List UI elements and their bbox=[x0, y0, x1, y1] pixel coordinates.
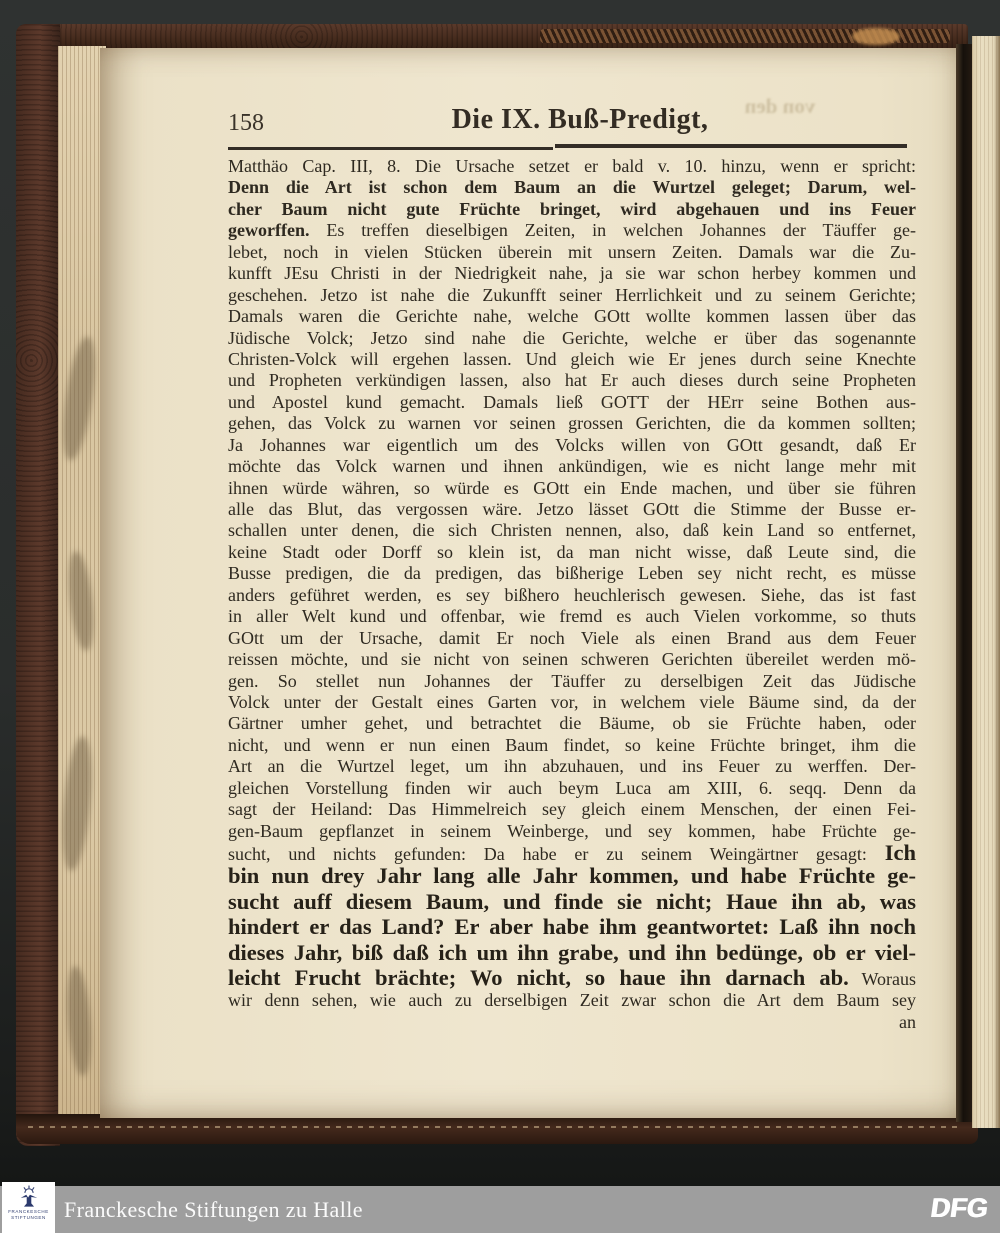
text-line: gen. So stellet nun Johannes der Täuffer… bbox=[228, 671, 916, 692]
text-line: und Propheten verkündigen lassen, also h… bbox=[228, 370, 916, 391]
text-line: Denn die Art ist schon dem Baum an die W… bbox=[228, 177, 916, 198]
text-line: möchte das Volck warnen und ihnen ankünd… bbox=[228, 456, 916, 477]
logo-text-line2: STIFTUNGEN bbox=[11, 1215, 46, 1221]
page-text-block: Matthäo Cap. III, 8. Die Ursache setzet … bbox=[228, 156, 916, 1033]
opposite-page-edge bbox=[972, 36, 1000, 1128]
text-line: geworffen. Es treffen dieselbigen Zeiten… bbox=[228, 220, 916, 241]
text-line: kunfft JEsu Christi in der Niedrigkeit n… bbox=[228, 263, 916, 284]
text-line: bin nun drey Jahr lang alle Jahr kommen,… bbox=[228, 863, 916, 888]
text-line: sucht, und nichts gefunden: Da habe er z… bbox=[228, 842, 916, 863]
leather-damage-spot bbox=[852, 28, 900, 45]
francke-eagle-sun-icon bbox=[18, 1185, 40, 1209]
text-line: sucht auff diesem Baum, und finde sie ni… bbox=[228, 889, 916, 914]
text-line: geschehen. Jetzo ist nahe die Zukunfft s… bbox=[228, 285, 916, 306]
text-line: schallen unter denen, die sich Christen … bbox=[228, 520, 916, 541]
header-rule-right bbox=[555, 144, 907, 148]
text-line: Damals waren die Gerichte nahe, welche G… bbox=[228, 306, 916, 327]
dfg-logo[interactable]: DFG bbox=[929, 1193, 990, 1224]
text-line: Art an die Wurtzel leget, um ihn abzuhau… bbox=[228, 756, 916, 777]
page-edge-stain bbox=[57, 335, 100, 462]
text-line: keine Stadt oder Dorff so klein ist, da … bbox=[228, 542, 916, 563]
institution-logo[interactable]: FRANCKESCHE STIFTUNGEN bbox=[2, 1182, 55, 1233]
text-line: hindert er das Land? Er aber habe ihm ge… bbox=[228, 914, 916, 939]
page-number: 158 bbox=[228, 108, 264, 138]
book-cover-bottom-edge bbox=[16, 1114, 978, 1144]
text-line: reissen möchte, und sie nicht von seinen… bbox=[228, 649, 916, 670]
text-line: sagt der Heiland: Das Himmelreich sey gl… bbox=[228, 799, 916, 820]
text-line: Christen-Volck will ergehen lassen. Und … bbox=[228, 349, 916, 370]
scanned-page: von den 158 Die IX. Buß-Predigt, Matthäo… bbox=[100, 48, 960, 1118]
scan-viewport: von den 158 Die IX. Buß-Predigt, Matthäo… bbox=[0, 0, 1000, 1233]
text-line: wir denn sehen, wie auch zu derselbigen … bbox=[228, 990, 916, 1011]
text-line: cher Baum nicht gute Früchte bringet, wi… bbox=[228, 199, 916, 220]
page-edge-stain bbox=[65, 550, 97, 652]
text-line: Volck unter der Gestalt eines Garten vor… bbox=[228, 692, 916, 713]
text-line: alle das Blut, das vergossen wäre. Jetzo… bbox=[228, 499, 916, 520]
text-line: nicht, und wenn er nun einen Baum findet… bbox=[228, 735, 916, 756]
page-gutter-shadow bbox=[956, 44, 972, 1122]
text-line: lebet, noch in vielen Stücken überein mi… bbox=[228, 242, 916, 263]
page-header-title: Die IX. Buß-Predigt, bbox=[380, 103, 780, 137]
book-spine bbox=[16, 24, 60, 1146]
text-line: GOtt um der Ursache, damit Er noch Viele… bbox=[228, 628, 916, 649]
text-line: gen-Baum gepflanzet in seinem Weinberge,… bbox=[228, 821, 916, 842]
text-line: ihnen würde währen, so würde es GOtt ein… bbox=[228, 478, 916, 499]
text-line: Ja Johannes war eigentlich um des Volcks… bbox=[228, 435, 916, 456]
text-line: gleichen Vorstellung finden wir auch bey… bbox=[228, 778, 916, 799]
text-line: anders geführet werden, es sey bißhero h… bbox=[228, 585, 916, 606]
text-line: dieses Jahr, biß daß ich um ihn grabe, u… bbox=[228, 940, 916, 965]
header-rule-left bbox=[228, 147, 553, 150]
text-line: Busse predigen, die da predigen, das biß… bbox=[228, 563, 916, 584]
institution-name[interactable]: Franckesche Stiftungen zu Halle bbox=[64, 1186, 363, 1233]
text-line: und Apostel kund gemacht. Damals ließ GO… bbox=[228, 392, 916, 413]
text-line: gehen, das Volck zu warnen vor seinen gr… bbox=[228, 413, 916, 434]
text-line: an bbox=[228, 1012, 916, 1033]
text-line: Gärtner umher gehet, und betrachtet die … bbox=[228, 713, 916, 734]
viewer-footer: FRANCKESCHE STIFTUNGEN Franckesche Stift… bbox=[0, 1186, 1000, 1233]
text-line: leicht Frucht brächte; Wo nicht, so haue… bbox=[228, 965, 916, 990]
text-line: Jüdische Volck; Jetzo sind nahe die Geri… bbox=[228, 328, 916, 349]
text-line: Matthäo Cap. III, 8. Die Ursache setzet … bbox=[228, 156, 916, 177]
page-edge-stain bbox=[64, 965, 94, 1076]
page-edge-stain bbox=[58, 735, 96, 872]
page-edges bbox=[58, 46, 106, 1122]
text-line: in aller Welt kund und offenbar, wie fre… bbox=[228, 606, 916, 627]
